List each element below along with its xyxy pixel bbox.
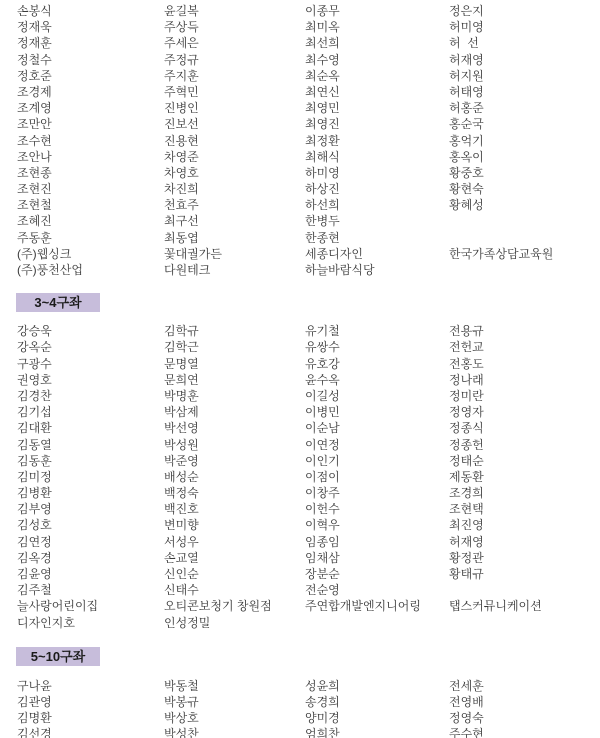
name-cell: 김경찬 — [17, 388, 164, 404]
section-accounts-5-10: 5~10구좌 구나윤박동철성윤희전세훈김관영박봉규송경희전영배김명환박상호양미경… — [17, 647, 600, 738]
name-cell: 천효주 — [164, 197, 305, 213]
name-cell: 주혁민 — [164, 84, 305, 100]
name-cell: 전헌교 — [449, 339, 600, 355]
name-cell: 박준영 — [164, 453, 305, 469]
name-cell: 조현진 — [17, 181, 164, 197]
name-cell: 김명환 — [17, 710, 164, 726]
name-cell: 정종식 — [449, 420, 600, 436]
name-cell: 정미란 — [449, 388, 600, 404]
name-cell: 김성호 — [17, 517, 164, 533]
name-cell: 박명훈 — [164, 388, 305, 404]
name-cell: 한병두 — [305, 213, 449, 229]
name-cell: 조혜진 — [17, 213, 164, 229]
section-accounts-3-4: 3~4구좌 강승욱김학규유기철전용규강옥순김학근유쌍수전헌교구광수문명열유호강전… — [17, 293, 600, 631]
name-cell: 최연신 — [305, 84, 449, 100]
name-cell: 황태규 — [449, 566, 600, 582]
name-cell: 홍옥이 — [449, 149, 600, 165]
name-cell: 박성찬 — [164, 726, 305, 738]
name-cell — [449, 213, 600, 229]
name-cell: 구나윤 — [17, 678, 164, 694]
name-cell: 정종헌 — [449, 437, 600, 453]
name-cell: 임종임 — [305, 534, 449, 550]
name-cell: 김윤영 — [17, 566, 164, 582]
name-cell: 꽃대궐가든 — [164, 246, 305, 262]
name-cell: 황정관 — [449, 550, 600, 566]
name-cell — [305, 615, 449, 631]
name-cell: 서성우 — [164, 534, 305, 550]
name-cell: 허홍준 — [449, 100, 600, 116]
name-cell: 주정규 — [164, 52, 305, 68]
name-cell: 인성정밀 — [164, 615, 305, 631]
name-cell: 정철수 — [17, 52, 164, 68]
name-cell: 이창주 — [305, 485, 449, 501]
name-cell: 허미영 — [449, 19, 600, 35]
name-cell: 진용현 — [164, 133, 305, 149]
name-cell: (주)웹싱크 — [17, 246, 164, 262]
name-cell: 배성순 — [164, 469, 305, 485]
name-cell: 오티콘보청기 창원점 — [164, 598, 305, 614]
name-cell: 엄희찬 — [305, 726, 449, 738]
name-cell: 윤수옥 — [305, 372, 449, 388]
name-cell: 이인기 — [305, 453, 449, 469]
section-accounts-group-1: 손봉식윤길복이종무정은지정재욱주상득최미옥허미영정재훈주세은최선희허 선정철수주… — [17, 3, 600, 278]
name-cell: 정영숙 — [449, 710, 600, 726]
name-cell: 조수현 — [17, 133, 164, 149]
name-cell: 양미경 — [305, 710, 449, 726]
name-grid-section-5-10: 구나윤박동철성윤희전세훈김관영박봉규송경희전영배김명환박상호양미경정영숙김선경박… — [17, 678, 600, 738]
name-cell: 김대환 — [17, 420, 164, 436]
name-cell: 정재욱 — [17, 19, 164, 35]
name-cell: 조경희 — [449, 485, 600, 501]
name-grid-section-3-4: 강승욱김학규유기철전용규강옥순김학근유쌍수전헌교구광수문명열유호강전홍도권영호문… — [17, 323, 600, 631]
name-cell: 장분순 — [305, 566, 449, 582]
name-cell: 허 선 — [449, 35, 600, 51]
name-cell: 신인순 — [164, 566, 305, 582]
name-cell: 정나래 — [449, 372, 600, 388]
name-cell: 제동환 — [449, 469, 600, 485]
name-cell: 김부영 — [17, 501, 164, 517]
name-cell — [449, 582, 600, 598]
name-cell: 허재영 — [449, 534, 600, 550]
name-cell — [449, 230, 600, 246]
name-cell: 임채삼 — [305, 550, 449, 566]
name-cell: 최정환 — [305, 133, 449, 149]
name-cell: 주세은 — [164, 35, 305, 51]
name-cell: 조안나 — [17, 149, 164, 165]
name-cell: 유기철 — [305, 323, 449, 339]
name-cell: 최영민 — [305, 100, 449, 116]
name-cell: 정은지 — [449, 3, 600, 19]
name-cell: 이혁우 — [305, 517, 449, 533]
name-cell: 이병민 — [305, 404, 449, 420]
name-cell: 차진희 — [164, 181, 305, 197]
name-cell: 문명열 — [164, 356, 305, 372]
name-cell: 전용규 — [449, 323, 600, 339]
name-cell: 허태영 — [449, 84, 600, 100]
name-cell: 김연정 — [17, 534, 164, 550]
name-cell: 차영준 — [164, 149, 305, 165]
name-cell: 조경제 — [17, 84, 164, 100]
name-cell: 황혜성 — [449, 197, 600, 213]
name-cell: 김옥경 — [17, 550, 164, 566]
name-cell: 손봉식 — [17, 3, 164, 19]
name-cell: 박성원 — [164, 437, 305, 453]
name-cell: 최영진 — [305, 116, 449, 132]
name-cell: 김기섭 — [17, 404, 164, 420]
name-cell: 주수현 — [449, 726, 600, 738]
name-cell: 홍억기 — [449, 133, 600, 149]
name-cell: 윤길복 — [164, 3, 305, 19]
name-cell: 백진호 — [164, 501, 305, 517]
name-cell — [449, 615, 600, 631]
name-grid-section-1: 손봉식윤길복이종무정은지정재욱주상득최미옥허미영정재훈주세은최선희허 선정철수주… — [17, 3, 600, 278]
name-cell: 차영호 — [164, 165, 305, 181]
section-header-3-4: 3~4구좌 — [16, 293, 100, 312]
name-cell: 최해식 — [305, 149, 449, 165]
name-cell: 허재영 — [449, 52, 600, 68]
name-cell: 권영호 — [17, 372, 164, 388]
name-cell: 박선영 — [164, 420, 305, 436]
name-cell: 디자인지호 — [17, 615, 164, 631]
name-cell: 강옥순 — [17, 339, 164, 355]
name-cell: 김미정 — [17, 469, 164, 485]
name-cell: 이순남 — [305, 420, 449, 436]
name-cell: 주상득 — [164, 19, 305, 35]
name-cell: 최선희 — [305, 35, 449, 51]
name-cell: 변미향 — [164, 517, 305, 533]
name-cell: 이연정 — [305, 437, 449, 453]
name-cell: 송경희 — [305, 694, 449, 710]
name-cell: 주동훈 — [17, 230, 164, 246]
name-cell: 조만안 — [17, 116, 164, 132]
name-cell: 손교열 — [164, 550, 305, 566]
name-cell: 정태순 — [449, 453, 600, 469]
name-cell: 최진영 — [449, 517, 600, 533]
name-cell: 전순영 — [305, 582, 449, 598]
name-cell: 홍순국 — [449, 116, 600, 132]
name-cell: 주지훈 — [164, 68, 305, 84]
name-cell: 김학규 — [164, 323, 305, 339]
name-cell: 황현숙 — [449, 181, 600, 197]
name-cell: 전세훈 — [449, 678, 600, 694]
name-cell: 한종현 — [305, 230, 449, 246]
name-cell: 다원테크 — [164, 262, 305, 278]
name-cell: 한국가족상담교육원 — [449, 246, 600, 262]
name-cell: 이길성 — [305, 388, 449, 404]
name-cell: 진병인 — [164, 100, 305, 116]
name-cell: 전홍도 — [449, 356, 600, 372]
name-cell: 탭스커뮤니케이션 — [449, 598, 600, 614]
name-cell: 김학근 — [164, 339, 305, 355]
name-cell: 최미옥 — [305, 19, 449, 35]
name-cell: 박봉규 — [164, 694, 305, 710]
name-cell: 조현종 — [17, 165, 164, 181]
name-cell: 구광수 — [17, 356, 164, 372]
name-cell: 최순옥 — [305, 68, 449, 84]
name-cell: 김관영 — [17, 694, 164, 710]
name-cell: 주연합개발엔지니어링 — [305, 598, 449, 614]
name-cell: 김병환 — [17, 485, 164, 501]
name-cell: 최동엽 — [164, 230, 305, 246]
name-cell: 정재훈 — [17, 35, 164, 51]
name-cell: 이헌수 — [305, 501, 449, 517]
name-cell: 김주철 — [17, 582, 164, 598]
name-cell: 하미영 — [305, 165, 449, 181]
name-cell: 최구선 — [164, 213, 305, 229]
name-cell: 허지원 — [449, 68, 600, 84]
name-cell: 이종무 — [305, 3, 449, 19]
donor-name-list-page: 손봉식윤길복이종무정은지정재욱주상득최미옥허미영정재훈주세은최선희허 선정철수주… — [0, 0, 600, 738]
name-cell: 박삼제 — [164, 404, 305, 420]
name-cell: 조현철 — [17, 197, 164, 213]
name-cell — [449, 262, 600, 278]
name-cell: 유호강 — [305, 356, 449, 372]
name-cell: 조현택 — [449, 501, 600, 517]
name-cell: 문희연 — [164, 372, 305, 388]
name-cell: 늘사랑어린이집 — [17, 598, 164, 614]
name-cell: 정영자 — [449, 404, 600, 420]
name-cell: 신태수 — [164, 582, 305, 598]
name-cell: 최수영 — [305, 52, 449, 68]
name-cell: 강승욱 — [17, 323, 164, 339]
name-cell: 성윤희 — [305, 678, 449, 694]
name-cell: 김동훈 — [17, 453, 164, 469]
name-cell: 이점이 — [305, 469, 449, 485]
name-cell: 조계영 — [17, 100, 164, 116]
name-cell: 백정숙 — [164, 485, 305, 501]
name-cell: 박동철 — [164, 678, 305, 694]
name-cell: 김선경 — [17, 726, 164, 738]
name-cell: 하상진 — [305, 181, 449, 197]
name-cell: 하선희 — [305, 197, 449, 213]
name-cell: 유쌍수 — [305, 339, 449, 355]
name-cell: 박상호 — [164, 710, 305, 726]
name-cell: 진보선 — [164, 116, 305, 132]
section-header-5-10: 5~10구좌 — [16, 647, 100, 666]
name-cell: 정호준 — [17, 68, 164, 84]
name-cell: 김동열 — [17, 437, 164, 453]
name-cell: 세종디자인 — [305, 246, 449, 262]
name-cell: 황중호 — [449, 165, 600, 181]
name-cell: (주)풍천산업 — [17, 262, 164, 278]
name-cell: 하늘바람식당 — [305, 262, 449, 278]
name-cell: 전영배 — [449, 694, 600, 710]
